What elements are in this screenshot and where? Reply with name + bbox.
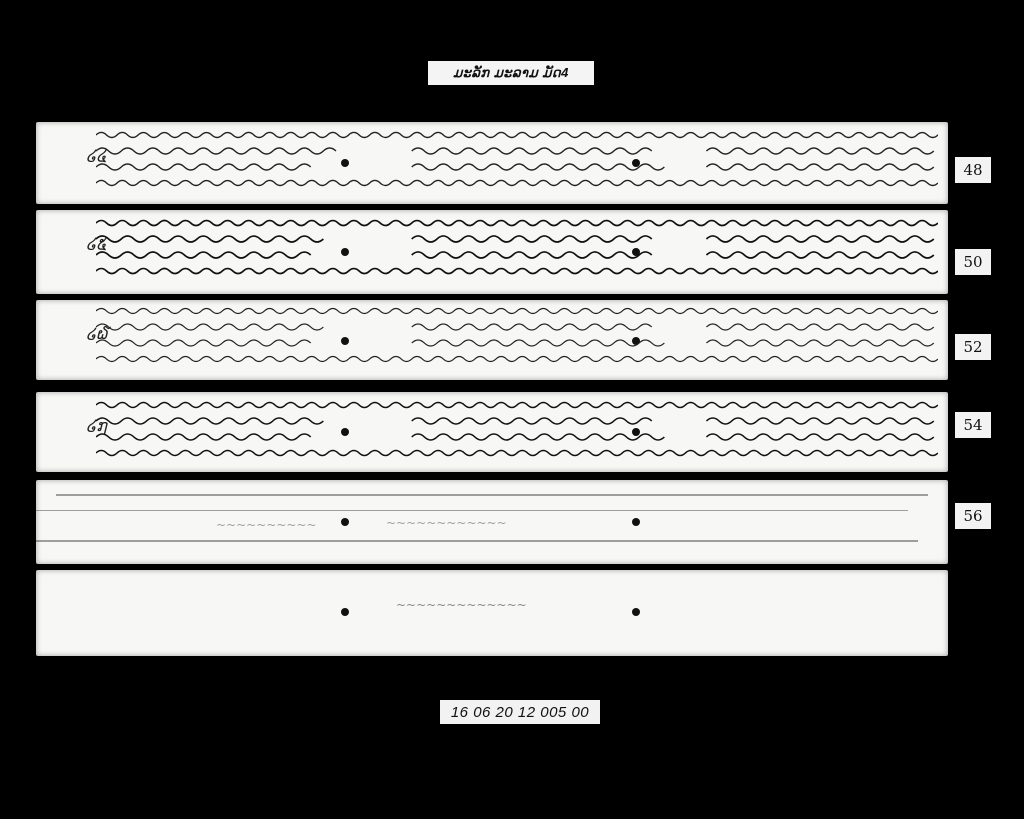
leaf-scratch	[36, 540, 918, 542]
cover-inscription: ~~~~~~~~~~~~~	[396, 598, 527, 612]
page-tag: 52	[955, 334, 991, 360]
palm-leaf-4: ໒໗	[36, 392, 948, 472]
header-label: ມະລັກ ມະລາມ ມັດ4	[428, 61, 594, 85]
leaf-scratch	[36, 510, 908, 511]
faded-inscription: ~~~~~~~~~~~~	[386, 516, 507, 530]
page-tag: 54	[955, 412, 991, 438]
palm-leaf-1: ໒໔	[36, 122, 948, 204]
palm-leaf-5-faded: ~~~~~~~~~~ ~~~~~~~~~~~~	[36, 480, 948, 564]
faded-inscription: ~~~~~~~~~~	[216, 518, 317, 532]
page-tag: 50	[955, 249, 991, 275]
binding-hole	[341, 608, 349, 616]
binding-hole	[632, 608, 640, 616]
microfilm-id-label: 16 06 20 12 005 00	[440, 700, 600, 724]
palm-leaf-3: ໒໖	[36, 300, 948, 380]
page-tag: 56	[955, 503, 991, 529]
palm-leaf-2: ໒໕	[36, 210, 948, 294]
leaf-scratch	[56, 494, 928, 496]
binding-hole	[341, 518, 349, 526]
page-tag: 48	[955, 157, 991, 183]
binding-hole	[632, 518, 640, 526]
palm-leaf-6-cover: ~~~~~~~~~~~~~	[36, 570, 948, 656]
